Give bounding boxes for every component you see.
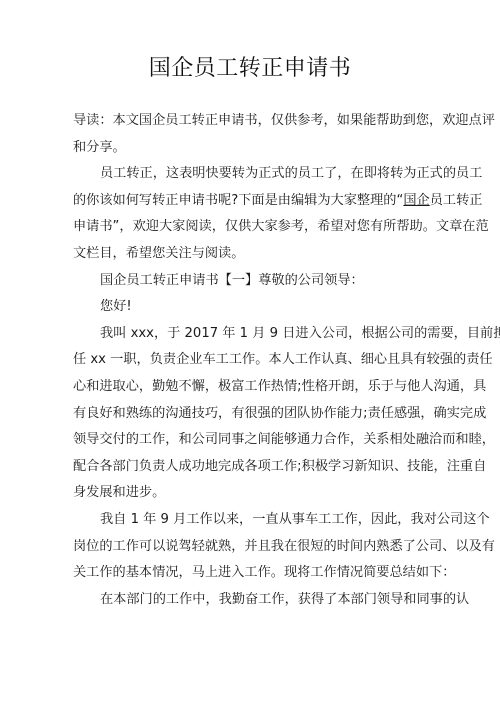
para1-line-7: 身发展和进步。 xyxy=(73,480,435,507)
para2-line-2: 岗位的工作可以说驾轻就熟，并且我在很短的时间内熟悉了公司、以及有 xyxy=(73,534,435,561)
para2-line-1: 我自 1 年 9 月工作以来，一直从事车工工作，因此，我对公司这个 xyxy=(73,507,435,534)
intro-line-1: 导读：本文国企员工转正申请书，仅供参考，如果能帮助到您，欢迎点评 xyxy=(73,108,435,135)
para1-line-3: 心和进取心，勤勉不懈，极富工作热情;性格开朗，乐于与他人沟通，具 xyxy=(73,374,435,401)
document-page: 国企员工转正申请书 导读：本文国企员工转正申请书，仅供参考，如果能帮助到您，欢迎… xyxy=(0,0,500,707)
para2-line-3: 关工作的基本情况，马上进入工作。现将工作情况简要总结如下： xyxy=(73,560,435,587)
intro-line-2: 和分享。 xyxy=(73,135,435,162)
preface-line-3: 申请书”，欢迎大家阅读，仅供大家参考，希望对您有所帮助。文章在范 xyxy=(73,214,435,241)
preface-text-after: 员工转正 xyxy=(430,193,483,208)
keyword-link[interactable]: 国企 xyxy=(403,193,429,208)
para1-line-2: 任 xx 一职，负责企业车工工作。本人工作认真、细心且具有较强的责任 xyxy=(73,347,435,374)
preface-line-4: 文栏目，希望您关注与阅读。 xyxy=(73,241,435,268)
para1-line-5: 领导交付的工作，和公司同事之间能够通力合作，关系相处融洽而和睦， xyxy=(73,427,435,454)
para1-line-6: 配合各部门负责人成功地完成各项工作;积极学习新知识、技能，注重自 xyxy=(73,454,435,481)
preface-text-before: 的你该如何写转正申请书呢?下面是由编辑为大家整理的“ xyxy=(73,193,403,208)
document-body: 导读：本文国企员工转正申请书，仅供参考，如果能帮助到您，欢迎点评 和分享。 员工… xyxy=(73,108,435,613)
preface-line-2: 的你该如何写转正申请书呢?下面是由编辑为大家整理的“国企员工转正 xyxy=(73,188,435,215)
document-title: 国企员工转正申请书 xyxy=(0,55,500,83)
para3-line-1: 在本部门的工作中，我勤奋工作，获得了本部门领导和同事的认 xyxy=(73,587,435,614)
para1-line-4: 有良好和熟练的沟通技巧，有很强的团队协作能力;责任感强，确实完成 xyxy=(73,401,435,428)
section-heading: 国企员工转正申请书【一】尊敬的公司领导： xyxy=(73,268,435,295)
greeting: 您好! xyxy=(73,294,435,321)
preface-line-1: 员工转正，这表明快要转为正式的员工了，在即将转为正式的员工 xyxy=(73,161,435,188)
para1-line-1: 我叫 xxx，于 2017 年 1 月 9 日进入公司，根据公司的需要，目前担 xyxy=(73,321,435,348)
